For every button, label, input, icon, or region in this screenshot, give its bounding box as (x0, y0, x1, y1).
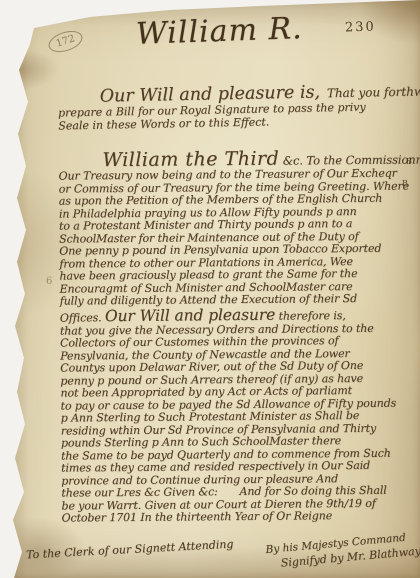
footer-command-note: By his Majestys Command Signifyd by Mr. … (265, 530, 420, 571)
body-line: October 1701 In the thirteenth Year of O… (62, 509, 420, 525)
margin-mark-6: 6 (46, 276, 52, 287)
warrant-body: William the Third &c. To the Commissionr… (58, 147, 419, 525)
preamble-line-rest: That you forthwith (323, 84, 420, 100)
body-mid-post: therefore is, (275, 309, 346, 323)
body-mid-lead: Our Will and pleasure (105, 305, 275, 324)
folio-number: 230 (345, 19, 376, 35)
catalog-number-circled: 172 (46, 27, 85, 56)
body-opening-rest: &c. To the Commissionrs of (279, 152, 420, 167)
footer-clerk-note: To the Clerk of our Signett Attending (26, 538, 234, 562)
manuscript-page: William R. 230 172 6 B B Our Will and pl… (0, 0, 420, 578)
body-mid-pre: Offices. (60, 311, 105, 324)
preamble: Our Will and pleasure is, That you forth… (58, 85, 420, 133)
manuscript-scan: William R. 230 172 6 B B Our Will and pl… (0, 0, 420, 578)
royal-heading: William R. (135, 11, 303, 52)
